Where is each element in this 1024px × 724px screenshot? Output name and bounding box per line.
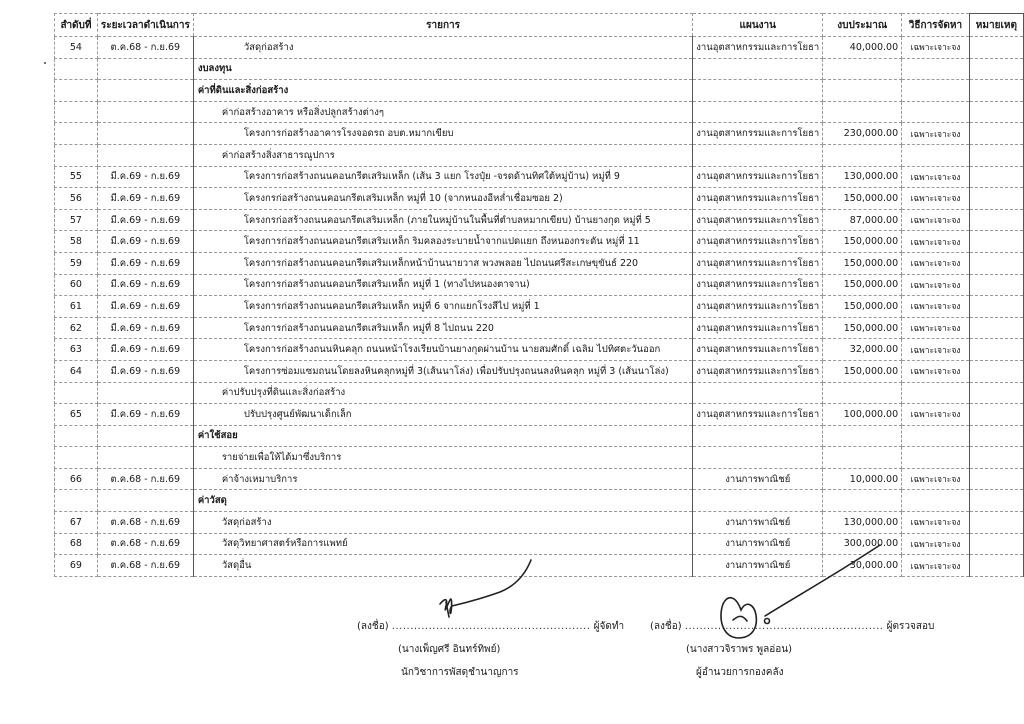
row-note: [969, 274, 1023, 296]
header-budget: งบประมาณ: [823, 14, 902, 37]
row-budget: 150,000.00: [823, 360, 902, 382]
row-note: [969, 101, 1023, 123]
row-department: งานอุตสาหกรรมและการโยธา: [693, 37, 823, 59]
table-row: 64มี.ค.69 - ก.ย.69โครงการซ่อมแซมถนนโดยลง…: [55, 360, 1024, 382]
row-department: [693, 58, 823, 80]
row-method: เฉพาะเจาะจง: [902, 555, 970, 577]
procurement-plan-page: ลำดับที่ ระยะเวลาดำเนินการ รายการ แผนงาน…: [0, 0, 1024, 724]
row-number: 64: [55, 360, 98, 382]
table-body: 54ต.ค.68 - ก.ย.69วัสดุก่อสร้างงานอุตสาหก…: [55, 37, 1024, 577]
row-method: เฉพาะเจาะจง: [902, 296, 970, 318]
row-item: โครงการก่อสร้างถนนคอนกรีตเสริมเหล็ก หมู่…: [193, 296, 692, 318]
row-method: เฉพาะเจาะจง: [902, 209, 970, 231]
table-row: 63มี.ค.69 - ก.ย.69โครงการก่อสร้างถนนหินค…: [55, 339, 1024, 361]
row-period: [97, 123, 193, 145]
row-note: [969, 533, 1023, 555]
row-method: [902, 382, 970, 404]
row-department: งานการพาณิชย์: [693, 512, 823, 534]
row-note: [969, 468, 1023, 490]
table-row: 55มี.ค.69 - ก.ย.69โครงการก่อสร้างถนนคอนก…: [55, 166, 1024, 188]
row-number: [55, 425, 98, 447]
table-row: งบลงทุน: [55, 58, 1024, 80]
row-note: [969, 490, 1023, 512]
row-number: [55, 123, 98, 145]
row-budget: 150,000.00: [823, 317, 902, 339]
row-department: [693, 490, 823, 512]
row-note: [969, 317, 1023, 339]
row-number: 60: [55, 274, 98, 296]
table-row: 58มี.ค.69 - ก.ย.69โครงการก่อสร้างถนนคอนก…: [55, 231, 1024, 253]
table-row: 67ต.ค.68 - ก.ย.69วัสดุก่อสร้างงานการพาณิ…: [55, 512, 1024, 534]
table-header-row: ลำดับที่ ระยะเวลาดำเนินการ รายการ แผนงาน…: [55, 14, 1024, 37]
header-note: หมายเหตุ: [969, 14, 1023, 37]
header-no: ลำดับที่: [55, 14, 98, 37]
row-period: มี.ค.69 - ก.ย.69: [97, 274, 193, 296]
row-budget: 130,000.00: [823, 166, 902, 188]
row-item: ค่าก่อสร้างอาคาร หรือสิ่งปลูกสร้างต่างๆ: [193, 101, 692, 123]
row-item: โครงการก่อสร้างถนนคอนกรีตเสริมเหล็กหน้าบ…: [193, 252, 692, 274]
row-period: มี.ค.69 - ก.ย.69: [97, 404, 193, 426]
row-method: เฉพาะเจาะจง: [902, 188, 970, 210]
row-department: [693, 425, 823, 447]
row-method: เฉพาะเจาะจง: [902, 468, 970, 490]
row-item: โครงการก่อสร้างถนนหินคลุก ถนนหน้าโรงเรีย…: [193, 339, 692, 361]
row-period: [97, 144, 193, 166]
row-budget: 150,000.00: [823, 231, 902, 253]
row-method: เฉพาะเจาะจง: [902, 37, 970, 59]
row-period: มี.ค.69 - ก.ย.69: [97, 231, 193, 253]
row-period: ต.ค.68 - ก.ย.69: [97, 512, 193, 534]
row-department: งานการพาณิชย์: [693, 468, 823, 490]
table-row: 57มี.ค.69 - ก.ย.69โครงกรก่อสร้างถนนคอนกร…: [55, 209, 1024, 231]
row-department: [693, 101, 823, 123]
row-note: [969, 339, 1023, 361]
row-note: [969, 404, 1023, 426]
row-department: งานอุตสาหกรรมและการโยธา: [693, 123, 823, 145]
row-method: [902, 425, 970, 447]
signature-line-right: (ลงชื่อ) ...............................…: [650, 619, 934, 634]
row-number: 59: [55, 252, 98, 274]
row-budget: [823, 447, 902, 469]
row-item: ค่าปรับปรุงที่ดินและสิ่งก่อสร้าง: [193, 382, 692, 404]
row-budget: [823, 80, 902, 102]
row-method: [902, 80, 970, 102]
row-period: มี.ค.69 - ก.ย.69: [97, 360, 193, 382]
row-method: เฉพาะเจาะจง: [902, 231, 970, 253]
row-number: 62: [55, 317, 98, 339]
scan-speck: [65, 21, 67, 23]
table-row: 66ต.ค.68 - ก.ย.69ค่าจ้างเหมาบริการงานการ…: [55, 468, 1024, 490]
row-period: ต.ค.68 - ก.ย.69: [97, 37, 193, 59]
row-note: [969, 425, 1023, 447]
row-item: วัสดุก่อสร้าง: [193, 37, 692, 59]
row-budget: 100,000.00: [823, 404, 902, 426]
row-period: มี.ค.69 - ก.ย.69: [97, 317, 193, 339]
row-period: [97, 80, 193, 102]
row-period: ต.ค.68 - ก.ย.69: [97, 555, 193, 577]
row-number: 61: [55, 296, 98, 318]
row-note: [969, 447, 1023, 469]
row-note: [969, 360, 1023, 382]
row-budget: [823, 144, 902, 166]
table-row: โครงการก่อสร้างอาคารโรงจอดรถ อบต.หมากเขี…: [55, 123, 1024, 145]
row-budget: 32,000.00: [823, 339, 902, 361]
row-number: 65: [55, 404, 98, 426]
row-budget: 230,000.00: [823, 123, 902, 145]
row-note: [969, 296, 1023, 318]
row-number: [55, 58, 98, 80]
row-period: มี.ค.69 - ก.ย.69: [97, 296, 193, 318]
table-row: รายจ่ายเพื่อให้ได้มาซึ่งบริการ: [55, 447, 1024, 469]
row-item: งบลงทุน: [193, 58, 692, 80]
table-row: 54ต.ค.68 - ก.ย.69วัสดุก่อสร้างงานอุตสาหก…: [55, 37, 1024, 59]
row-note: [969, 37, 1023, 59]
row-method: เฉพาะเจาะจง: [902, 123, 970, 145]
row-number: [55, 490, 98, 512]
row-department: งานการพาณิชย์: [693, 533, 823, 555]
row-period: มี.ค.69 - ก.ย.69: [97, 252, 193, 274]
table-row: ค่าใช้สอย: [55, 425, 1024, 447]
row-method: เฉพาะเจาะจง: [902, 339, 970, 361]
row-number: 63: [55, 339, 98, 361]
row-department: งานอุตสาหกรรมและการโยธา: [693, 188, 823, 210]
row-department: [693, 144, 823, 166]
table-row: 56มี.ค.69 - ก.ย.69โครงกรก่อสร้างถนนคอนกร…: [55, 188, 1024, 210]
row-method: [902, 144, 970, 166]
row-number: [55, 382, 98, 404]
row-department: งานอุตสาหกรรมและการโยธา: [693, 209, 823, 231]
row-method: [902, 447, 970, 469]
row-department: [693, 80, 823, 102]
row-item: โครงการก่อสร้างอาคารโรงจอดรถ อบต.หมากเขี…: [193, 123, 692, 145]
row-note: [969, 166, 1023, 188]
row-department: งานอุตสาหกรรมและการโยธา: [693, 231, 823, 253]
row-period: มี.ค.69 - ก.ย.69: [97, 209, 193, 231]
table-row: ค่าที่ดินและสิ่งก่อสร้าง: [55, 80, 1024, 102]
row-method: เฉพาะเจาะจง: [902, 533, 970, 555]
row-period: [97, 425, 193, 447]
row-department: งานการพาณิชย์: [693, 555, 823, 577]
table-row: 59มี.ค.69 - ก.ย.69โครงการก่อสร้างถนนคอนก…: [55, 252, 1024, 274]
table-row: 65มี.ค.69 - ก.ย.69ปรับปรุงศูนย์พัฒนาเด็ก…: [55, 404, 1024, 426]
header-item: รายการ: [193, 14, 692, 37]
signer-position-right: ผู้อำนวยการกองคลัง: [696, 665, 783, 680]
row-item: วัสดุก่อสร้าง: [193, 512, 692, 534]
row-number: 67: [55, 512, 98, 534]
row-method: เฉพาะเจาะจง: [902, 512, 970, 534]
row-budget: 87,000.00: [823, 209, 902, 231]
row-item: ค่าวัสดุ: [193, 490, 692, 512]
row-period: [97, 382, 193, 404]
header-period: ระยะเวลาดำเนินการ: [97, 14, 193, 37]
row-number: [55, 80, 98, 102]
row-item: โครงกรก่อสร้างถนนคอนกรีตเสริมเหล็ก (ภายใ…: [193, 209, 692, 231]
row-budget: 150,000.00: [823, 274, 902, 296]
header-method: วิธีการจัดหา: [902, 14, 970, 37]
role-label: ผู้ตรวจสอบ: [887, 621, 935, 632]
row-period: [97, 447, 193, 469]
row-note: [969, 231, 1023, 253]
table-row: ค่าปรับปรุงที่ดินและสิ่งก่อสร้าง: [55, 382, 1024, 404]
row-budget: 300,000.00: [823, 533, 902, 555]
table-row: 60มี.ค.69 - ก.ย.69โครงการก่อสร้างถนนคอนก…: [55, 274, 1024, 296]
row-item: โครงการก่อสร้างถนนคอนกรีตเสริมเหล็ก หมู่…: [193, 274, 692, 296]
row-period: มี.ค.69 - ก.ย.69: [97, 166, 193, 188]
header-dept: แผนงาน: [693, 14, 823, 37]
row-period: ต.ค.68 - ก.ย.69: [97, 468, 193, 490]
row-department: งานอุตสาหกรรมและการโยธา: [693, 404, 823, 426]
row-method: เฉพาะเจาะจง: [902, 166, 970, 188]
row-budget: 150,000.00: [823, 252, 902, 274]
table-row: 62มี.ค.69 - ก.ย.69โครงการก่อสร้างถนนคอนก…: [55, 317, 1024, 339]
row-number: [55, 447, 98, 469]
row-item: วัสดุวิทยาศาสตร์หรือการแพทย์: [193, 533, 692, 555]
row-department: งานอุตสาหกรรมและการโยธา: [693, 274, 823, 296]
row-budget: [823, 101, 902, 123]
table-row: ค่าก่อสร้างอาคาร หรือสิ่งปลูกสร้างต่างๆ: [55, 101, 1024, 123]
row-method: [902, 101, 970, 123]
row-period: ต.ค.68 - ก.ย.69: [97, 533, 193, 555]
table-row: ค่าวัสดุ: [55, 490, 1024, 512]
row-method: เฉพาะเจาะจง: [902, 252, 970, 274]
signature-dots: ........................................…: [392, 621, 591, 632]
row-period: มี.ค.69 - ก.ย.69: [97, 188, 193, 210]
row-item: ค่าใช้สอย: [193, 425, 692, 447]
row-budget: 10,000.00: [823, 468, 902, 490]
signer-position-left: นักวิชาการพัสดุชำนาญการ: [401, 665, 519, 680]
sign-prefix: (ลงชื่อ): [650, 621, 682, 632]
table-row: 68ต.ค.68 - ก.ย.69วัสดุวิทยาศาสตร์หรือการ…: [55, 533, 1024, 555]
row-note: [969, 382, 1023, 404]
row-number: 69: [55, 555, 98, 577]
row-department: งานอุตสาหกรรมและการโยธา: [693, 166, 823, 188]
row-item: โครงการซ่อมแซมถนนโดยลงหินคลุกหมู่ที่ 3(เ…: [193, 360, 692, 382]
row-item: โครงการก่อสร้างถนนคอนกรีตเสริมเหล็ก ริมค…: [193, 231, 692, 253]
row-department: งานอุตสาหกรรมและการโยธา: [693, 339, 823, 361]
row-item: วัสดุอื่น: [193, 555, 692, 577]
row-item: ค่าจ้างเหมาบริการ: [193, 468, 692, 490]
row-method: [902, 58, 970, 80]
row-item: โครงกรก่อสร้างถนนคอนกรีตเสริมเหล็ก หมู่ท…: [193, 188, 692, 210]
row-budget: 150,000.00: [823, 296, 902, 318]
row-number: 66: [55, 468, 98, 490]
row-budget: [823, 382, 902, 404]
row-note: [969, 512, 1023, 534]
row-number: 68: [55, 533, 98, 555]
signature-dots: ........................................…: [685, 621, 884, 632]
row-number: 54: [55, 37, 98, 59]
role-label: ผู้จัดทำ: [594, 621, 624, 632]
row-item: โครงการก่อสร้างถนนคอนกรีตเสริมเหล็ก หมู่…: [193, 317, 692, 339]
row-item: ปรับปรุงศูนย์พัฒนาเด็กเล็ก: [193, 404, 692, 426]
row-number: [55, 101, 98, 123]
row-number: 57: [55, 209, 98, 231]
row-department: งานอุตสาหกรรมและการโยธา: [693, 360, 823, 382]
row-budget: [823, 58, 902, 80]
row-number: 55: [55, 166, 98, 188]
row-note: [969, 555, 1023, 577]
row-method: [902, 490, 970, 512]
procurement-plan-table: ลำดับที่ ระยะเวลาดำเนินการ รายการ แผนงาน…: [54, 13, 1024, 577]
table-row: 61มี.ค.69 - ก.ย.69โครงการก่อสร้างถนนคอนก…: [55, 296, 1024, 318]
row-number: 56: [55, 188, 98, 210]
row-method: เฉพาะเจาะจง: [902, 274, 970, 296]
row-period: [97, 490, 193, 512]
table-row: 69ต.ค.68 - ก.ย.69วัสดุอื่นงานการพาณิชย์3…: [55, 555, 1024, 577]
table-row: ค่าก่อสร้างสิ่งสาธารณูปการ: [55, 144, 1024, 166]
row-period: [97, 58, 193, 80]
signer-name-left: (นางเพ็ญศรี อินทร์ทิพย์): [398, 642, 500, 657]
row-budget: 130,000.00: [823, 512, 902, 534]
row-budget: [823, 425, 902, 447]
row-number: [55, 144, 98, 166]
scan-speck: [44, 62, 46, 64]
row-department: [693, 447, 823, 469]
signer-name-right: (นางสาวจิราพร พูลอ่อน): [686, 642, 792, 657]
row-note: [969, 188, 1023, 210]
row-method: เฉพาะเจาะจง: [902, 404, 970, 426]
row-note: [969, 252, 1023, 274]
row-item: รายจ่ายเพื่อให้ได้มาซึ่งบริการ: [193, 447, 692, 469]
row-note: [969, 144, 1023, 166]
row-budget: 150,000.00: [823, 188, 902, 210]
row-department: งานอุตสาหกรรมและการโยธา: [693, 296, 823, 318]
row-note: [969, 123, 1023, 145]
row-number: 58: [55, 231, 98, 253]
row-budget: 30,000.00: [823, 555, 902, 577]
row-note: [969, 209, 1023, 231]
row-period: มี.ค.69 - ก.ย.69: [97, 339, 193, 361]
row-note: [969, 58, 1023, 80]
row-department: [693, 382, 823, 404]
sign-prefix: (ลงชื่อ): [357, 621, 389, 632]
row-item: โครงการก่อสร้างถนนคอนกรีตเสริมเหล็ก (เส้…: [193, 166, 692, 188]
signature-line-left: (ลงชื่อ) ...............................…: [357, 619, 624, 634]
row-budget: 40,000.00: [823, 37, 902, 59]
row-method: เฉพาะเจาะจง: [902, 360, 970, 382]
row-budget: [823, 490, 902, 512]
row-department: งานอุตสาหกรรมและการโยธา: [693, 252, 823, 274]
row-method: เฉพาะเจาะจง: [902, 317, 970, 339]
row-item: ค่าที่ดินและสิ่งก่อสร้าง: [193, 80, 692, 102]
row-item: ค่าก่อสร้างสิ่งสาธารณูปการ: [193, 144, 692, 166]
row-period: [97, 101, 193, 123]
row-department: งานอุตสาหกรรมและการโยธา: [693, 317, 823, 339]
row-note: [969, 80, 1023, 102]
